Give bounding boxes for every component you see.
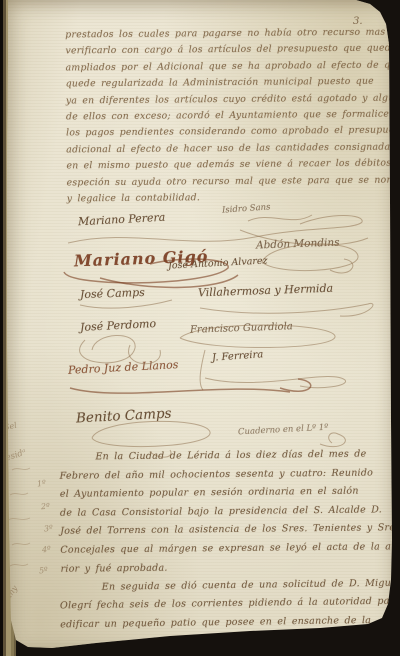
signature-francisco-guardiola: Francisco Guardiola (190, 321, 293, 336)
margin-ordinal: 2º (41, 502, 50, 512)
margin-ordinal: 4º (42, 545, 52, 555)
signature-pedro-juz-llanos: Pedro Juz de Llanos (68, 358, 179, 377)
signature-mariano-perera: Mariano Perera (78, 211, 166, 229)
signature-isidro-sans: Isidro Sans (222, 202, 271, 215)
signature-benito-camps: Benito Camps (76, 406, 172, 427)
body-paragraph-request: En seguida se dió cuenta de una solicitu… (60, 575, 395, 635)
signature-abdon-mondins: Abdón Mondins (256, 237, 340, 252)
signature-jose-camps: José Camps (80, 286, 145, 301)
secretary-annotation: Cuaderno en el Lº 1º (238, 423, 329, 438)
signature-jose-perdomo: José Perdomo (80, 317, 157, 334)
margin-ordinal: 3º (44, 524, 54, 534)
manuscript-page: 3. prestados los cuales para pagarse no … (0, 0, 400, 656)
signature-villahermosa-hermida: Villahermosa y Hermida (198, 282, 333, 300)
handwritten-line: especión su ayuda otro recurso mal que e… (67, 172, 385, 191)
body-paragraph-top: prestados los cuales para pagarse no hab… (65, 25, 385, 208)
handwritten-line: Concejales que al márgen se expresan se … (60, 538, 394, 560)
signature-j-ferreira: J. Ferreira (212, 349, 264, 364)
margin-ordinal: 1º (37, 479, 47, 489)
margin-ordinal: 5º (38, 565, 48, 575)
handwritten-line: edificar un pequeño patio que posee en e… (60, 611, 394, 634)
body-paragraph-session: En la Ciudad de Lérida á los diez días d… (59, 445, 394, 579)
scanned-manuscript: 3. prestados los cuales para pagarse no … (0, 0, 400, 656)
